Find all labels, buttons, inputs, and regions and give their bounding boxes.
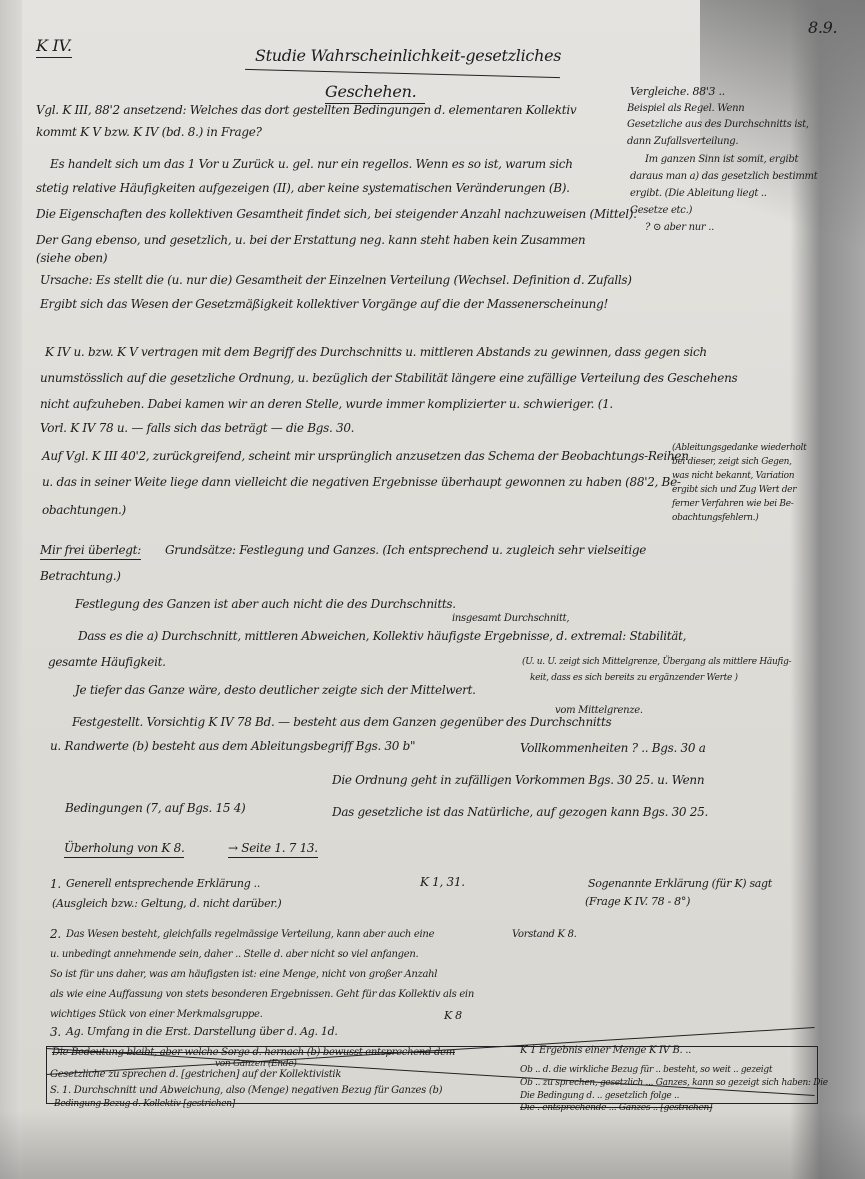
text-line: nicht aufzuheben. Dabei kamen wir an der… xyxy=(40,398,613,410)
item-ref: K 1, 31. xyxy=(420,876,465,888)
text-line: Ursache: Es stellt die (u. nur die) Gesa… xyxy=(40,274,632,286)
text-line: Die Ordnung geht in zufälligen Vorkommen… xyxy=(332,774,704,786)
text-line: Es handelt sich um das 1 Vor u Zurück u.… xyxy=(50,158,573,170)
page-corner-shadow xyxy=(700,0,865,300)
text-line: unumstösslich auf die gesetzliche Ordnun… xyxy=(40,372,737,384)
text-line: Vgl. K III, 88'2 ansetzend: Welches das … xyxy=(36,104,576,116)
page-left-edge xyxy=(0,0,24,1179)
text-line: Grundsätze: Festlegung und Ganzes. (Ich … xyxy=(165,544,646,556)
text-line: gesamte Häufigkeit. xyxy=(48,656,166,668)
item-side-note: Sogenannte Erklärung (für K) sagt xyxy=(588,878,772,889)
text-line: Das gesetzliche ist das Natürliche, auf … xyxy=(332,806,708,818)
text-line: Vorl. K IV 78 u. — falls sich das beträg… xyxy=(40,422,354,434)
item-line: u. unbedingt annehmende sein, daher .. S… xyxy=(50,950,418,960)
item-line: Generell entsprechende Erklärung .. xyxy=(66,878,260,889)
page-title-line-1: Studie Wahrscheinlichkeit-gesetzliches xyxy=(255,48,561,64)
crossed-line: S. 1. Durchschnitt und Abweichung, also … xyxy=(50,1086,442,1096)
text-line: kommt K V bzw. K IV (bd. 8.) in Frage? xyxy=(36,126,262,138)
text-line: stetig relative Häufigkeiten aufgezeigen… xyxy=(36,182,570,194)
margin-note-inline: (U. u. U. zeigt sich Mittelgrenze, Überg… xyxy=(522,658,791,667)
item-number: 1. xyxy=(50,878,61,890)
text-line: (siehe oben) xyxy=(36,252,107,264)
crossed-line: Bedingung Bezug d. Kollektiv [gestrichen… xyxy=(54,1100,235,1109)
crossed-line: K 1 Ergebnis einer Menge K IV B. .. xyxy=(520,1046,691,1056)
text-line: u. Randwerte (b) besteht aus dem Ableitu… xyxy=(50,740,415,752)
item-line: als wie eine Auffassung von stets besond… xyxy=(50,990,474,1000)
text-line: K IV u. bzw. K V vertragen mit dem Begri… xyxy=(45,346,707,358)
text-insertion: insgesamt Durchschnitt, xyxy=(452,614,569,624)
crossed-line: Die Bedingung d. .. gesetzlich folge .. xyxy=(520,1092,679,1101)
lower-section-ref: → Seite 1. 7 13. xyxy=(228,842,318,858)
section-subheading: Mir frei überlegt: xyxy=(40,544,141,560)
item-line: So ist für uns daher, was am häufigsten … xyxy=(50,970,437,980)
item-line: Ag. Umfang in die Erst. Darstellung über… xyxy=(66,1026,338,1037)
crossed-line: Die Bedeutung bleibt, aber welche Sorge … xyxy=(52,1048,455,1058)
page-bottom-shadow xyxy=(0,1110,865,1179)
text-line: Betrachtung.) xyxy=(40,570,121,582)
section-label: K IV. xyxy=(36,38,72,58)
text-line: Festgestellt. Vorsichtig K IV 78 Bd. — b… xyxy=(72,716,611,728)
crossed-insertion: von Ganzen (Ende) xyxy=(215,1060,297,1069)
item-line: Das Wesen besteht, gleichfalls regelmäss… xyxy=(66,930,434,940)
page-number: 8.9. xyxy=(808,20,837,36)
text-line: Je tiefer das Ganze wäre, desto deutlich… xyxy=(75,684,476,696)
lower-section-heading: Überholung von K 8. xyxy=(64,842,184,858)
crossed-line: Gesetzliche zu sprechen d. [gestrichen] … xyxy=(50,1070,341,1080)
text-line: Der Gang ebenso, und gesetzlich, u. bei … xyxy=(36,234,585,246)
crossed-line: Ob .. d. die wirkliche Bezug für .. best… xyxy=(520,1066,772,1075)
text-line: Ergibt sich das Wesen der Gesetzmäßigkei… xyxy=(40,298,608,310)
item-number: 3. xyxy=(50,1026,61,1038)
item-side-note: (Frage K IV. 78 - 8°) xyxy=(585,896,690,907)
item-ref: K 8 xyxy=(444,1010,462,1021)
text-line: Die Eigenschaften des kollektiven Gesamt… xyxy=(36,208,637,220)
text-line: Dass es die a) Durchschnitt, mittleren A… xyxy=(78,630,686,642)
page-title-line-2: Geschehen. xyxy=(325,84,425,104)
item-line: wichtiges Stück von einer Merkmalsgruppe… xyxy=(50,1010,263,1020)
item-ref: Vorstand K 8. xyxy=(512,930,577,940)
item-number: 2. xyxy=(50,928,61,940)
margin-note-inline: keit, dass es sich bereits zu ergänzende… xyxy=(530,674,738,683)
text-line: u. das in seiner Weite liege dann vielle… xyxy=(42,476,681,488)
item-line: (Ausgleich bzw.: Geltung, d. nicht darüb… xyxy=(52,898,281,909)
text-line: Vollkommenheiten ? .. Bgs. 30 a xyxy=(520,742,706,754)
crossed-line: Ob .. zu sprechen, gesetzlich ... Ganzes… xyxy=(520,1079,828,1088)
text-line: obachtungen.) xyxy=(42,504,126,516)
text-line: Festlegung des Ganzen ist aber auch nich… xyxy=(75,598,456,610)
text-line: Auf Vgl. K III 40'2, zurückgreifend, sch… xyxy=(42,450,689,462)
text-line: Bedingungen (7, auf Bgs. 15 4) xyxy=(65,802,245,814)
